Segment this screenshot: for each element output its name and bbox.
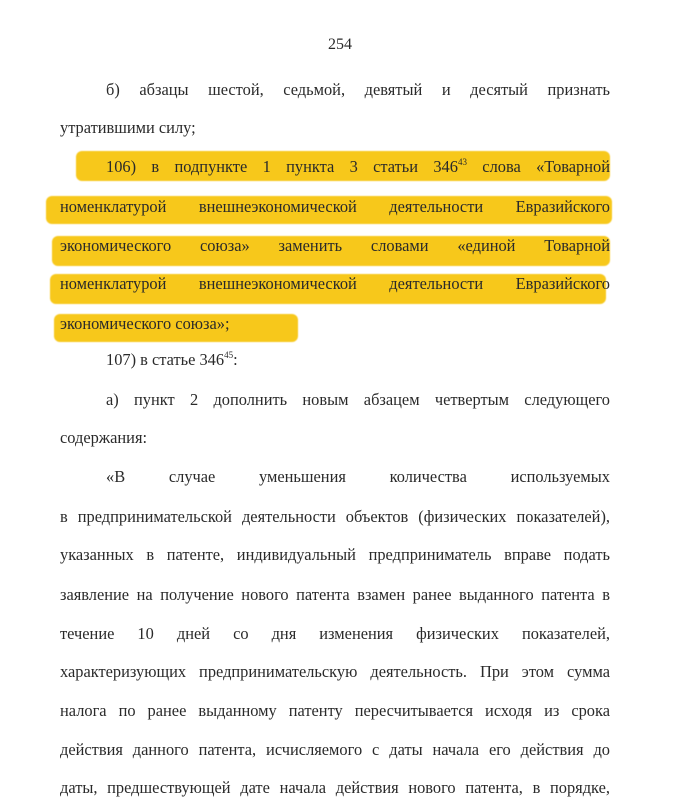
highlighted-text-line: экономического союза» заменить словами «… xyxy=(60,236,610,256)
text-line: а) пункт 2 дополнить новым абзацем четве… xyxy=(106,390,610,410)
superscript: 45 xyxy=(224,350,233,360)
highlighted-text-line: номенклатурой внешнеэкономической деятел… xyxy=(60,197,610,217)
text-line: б) абзацы шестой, седьмой, девятый и дес… xyxy=(106,80,610,100)
text-line: действия данного патента, исчисляемого с… xyxy=(60,740,610,760)
text-line: утратившими силу; xyxy=(60,118,610,138)
text-line: «В случае уменьшения количества использу… xyxy=(106,467,610,487)
text-line: даты, предшествующей дате начала действи… xyxy=(60,778,610,798)
highlighted-text-line: номенклатурой внешнеэкономической деятел… xyxy=(60,274,610,294)
highlighted-text-line: экономического союза»; xyxy=(60,314,610,334)
text-span: : xyxy=(233,350,238,369)
page-number: 254 xyxy=(0,36,680,54)
text-line: содержания: xyxy=(60,428,610,448)
text-span: слова «Товарной xyxy=(467,157,610,176)
highlighted-text-line: 106) в подпункте 1 пункта 3 статьи 34643… xyxy=(106,157,610,177)
text-line: течение 10 дней со дня изменения физичес… xyxy=(60,624,610,644)
text-span: 107) в статье 346 xyxy=(106,350,224,369)
text-line: в предпринимательской деятельности объек… xyxy=(60,507,610,527)
text-line: налога по ранее выданному патенту пересч… xyxy=(60,701,610,721)
text-line: характеризующих предпринимательскую деят… xyxy=(60,662,610,682)
text-span: 106) в подпункте 1 пункта 3 статьи 346 xyxy=(106,157,458,176)
text-line: 107) в статье 34645: xyxy=(106,350,610,370)
superscript: 43 xyxy=(458,157,467,167)
text-line: заявление на получение нового патента вз… xyxy=(60,585,610,605)
text-line: указанных в патенте, индивидуальный пред… xyxy=(60,545,610,565)
